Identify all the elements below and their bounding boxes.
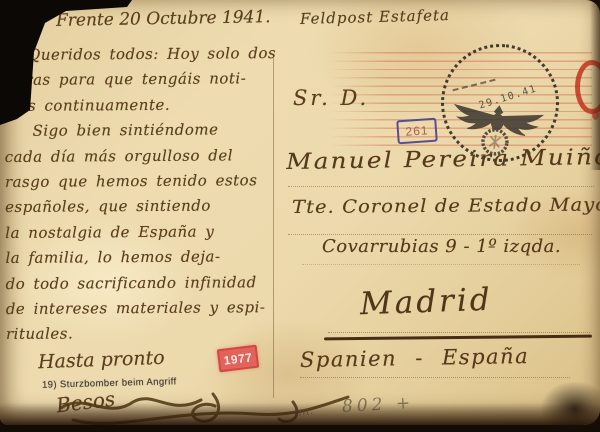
message-line: rasgo que hemos tenido estos: [5, 168, 277, 195]
address-rule: [300, 377, 570, 378]
message-line: la nostalgia de España y: [5, 219, 277, 246]
message-line: Queridos todos: Hoy solo dos: [28, 41, 276, 68]
city-underline: [324, 335, 592, 341]
bottom-edge-shadow: [0, 403, 600, 425]
message-line: la familia, lo hemos deja-: [5, 244, 277, 271]
message-line: rituales.: [6, 321, 278, 348]
address-street: Covarrubias 9 - 1º izqda.: [322, 236, 561, 257]
message-line: cada día más orgulloso del: [5, 143, 277, 170]
message-line: letras para que tengáis noti-: [4, 66, 276, 93]
address-city: Madrid: [359, 282, 493, 323]
address-name: Manuel Pereira Muiño: [286, 145, 600, 175]
archival-number-stamp: 261: [396, 118, 438, 145]
message-line: do todo sacrificando infinidad: [6, 270, 278, 297]
right-edge-shadow: [590, 0, 600, 170]
address-rule: [302, 264, 580, 265]
postcard-scan: Frente 20 Octubre 1941. Queridos todos: …: [0, 0, 600, 432]
message-line: españoles, que sintiendo: [5, 193, 277, 220]
postcard-paper: Frente 20 Octubre 1941. Queridos todos: …: [0, 0, 600, 425]
address-rule: [288, 186, 594, 187]
address-rule: [288, 234, 592, 235]
message-line: Sigo bien sintiéndome: [32, 117, 276, 144]
feldpost-note: Feldpost Estafeta: [300, 6, 450, 28]
message-line: cias continuamente.: [4, 92, 276, 119]
address-rank: Tte. Coronel de Estado Mayor: [292, 194, 600, 218]
message-dateline: Frente 20 Octubre 1941.: [56, 7, 271, 31]
message-closing: Hasta pronto: [38, 347, 165, 373]
archival-year-stamp: 1977: [217, 345, 260, 373]
address-salutation: Sr. D.: [293, 86, 369, 110]
message-body: Queridos todos: Hoy solo dos letras para…: [4, 41, 278, 348]
address-rule: [328, 332, 590, 333]
message-line: de intereses materiales y espi-: [6, 295, 278, 322]
address-country: Spanien - España: [300, 344, 529, 372]
